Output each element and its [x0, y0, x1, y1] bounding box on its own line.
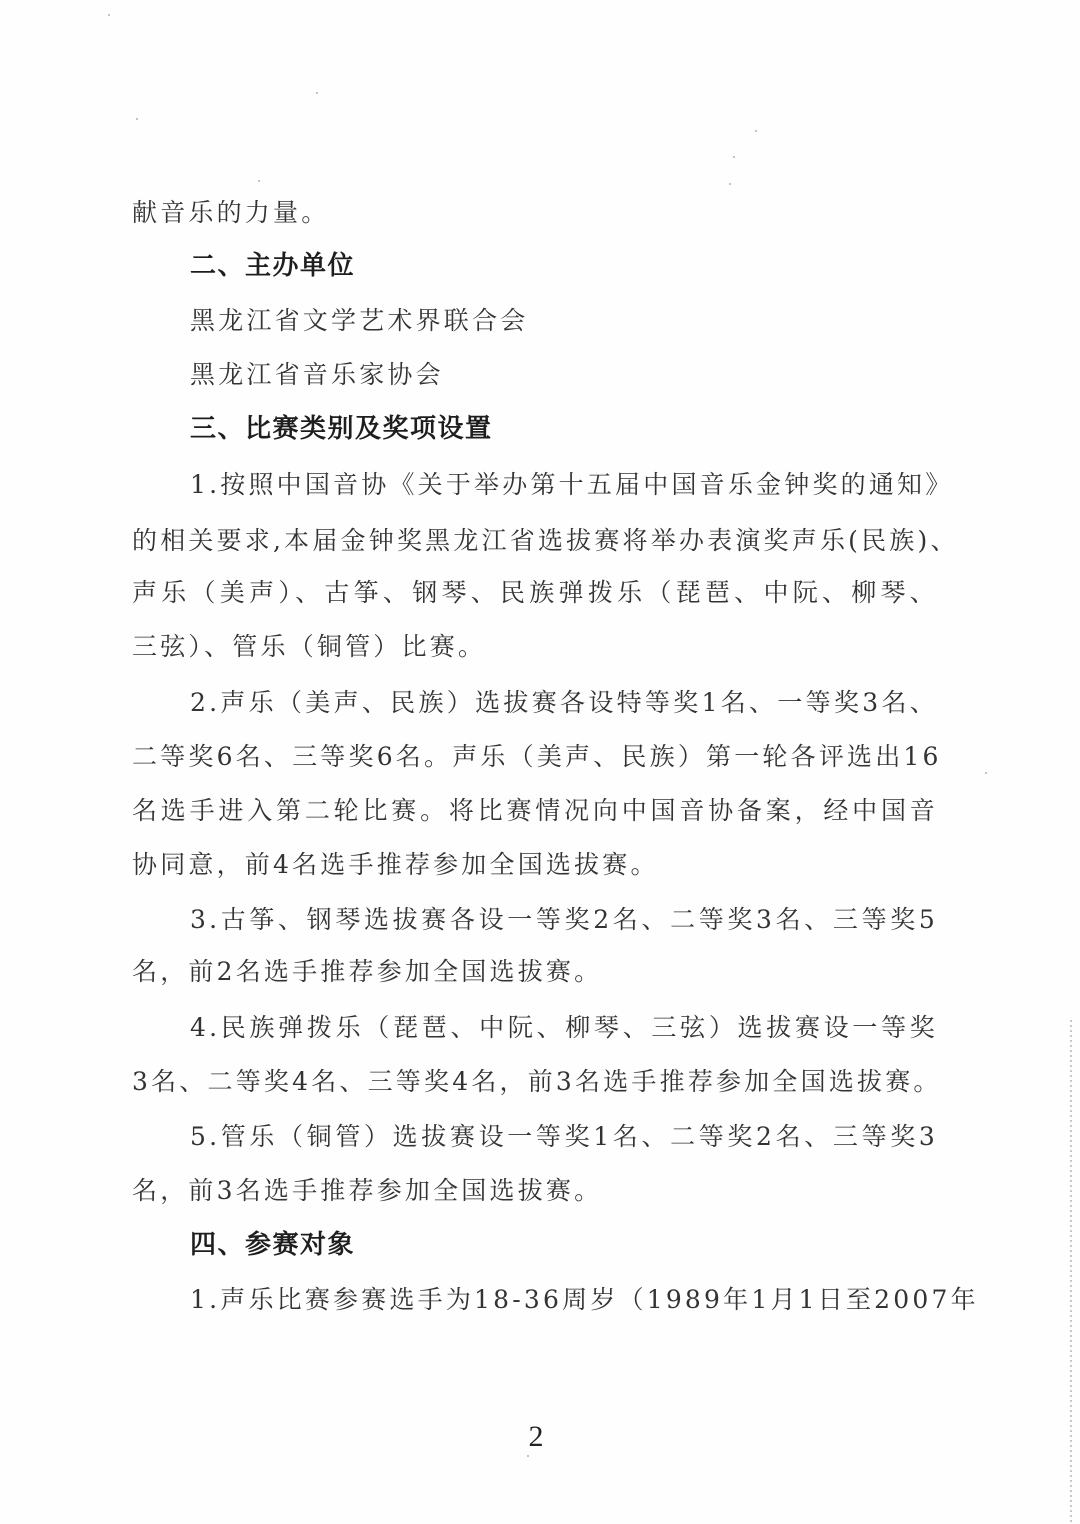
scan-speck	[729, 183, 731, 185]
organizer-line-1: 黑龙江省文学艺术界联合会	[190, 301, 938, 341]
scan-edge-artifact	[1070, 1020, 1072, 1524]
item-4-line-1: 4.民族弹拨乐（琵琶、中阮、柳琴、三弦）选拔赛设一等奖	[190, 1008, 938, 1048]
participants-item-1-line-1: 1.声乐比赛参赛选手为18-36周岁（1989年1月1日至2007年	[190, 1280, 938, 1320]
scan-speck	[755, 130, 757, 132]
scan-speck	[108, 14, 110, 16]
scan-speck	[136, 118, 138, 120]
item-3-line-1: 3.古筝、钢琴选拔赛各设一等奖2名、二等奖3名、三等奖5	[190, 900, 938, 940]
item-5-line-2: 名，前3名选手推荐参加全国选拔赛。	[132, 1171, 938, 1211]
item-1-line-3: 声乐（美声）、古筝、钢琴、民族弹拨乐（琵琶、中阮、柳琴、	[132, 573, 938, 613]
item-5-line-1: 5.管乐（铜管）选拔赛设一等奖1名、二等奖2名、三等奖3	[190, 1117, 938, 1157]
section-heading-organizers: 二、主办单位	[190, 246, 996, 286]
item-2-line-3: 名选手进入第二轮比赛。将比赛情况向中国音协备案，经中国音	[132, 791, 938, 831]
page-number: 2	[520, 1420, 552, 1454]
scan-speck	[985, 772, 987, 774]
item-2-line-1: 2.声乐（美声、民族）选拔赛各设特等奖1名、一等奖3名、	[190, 683, 938, 723]
paragraph-continuation: 献音乐的力量。	[132, 193, 938, 233]
item-2-line-4: 协同意，前4名选手推荐参加全国选拔赛。	[132, 845, 938, 885]
section-heading-categories-awards: 三、比赛类别及奖项设置	[190, 409, 996, 449]
item-4-line-2: 3名、二等奖4名、三等奖4名，前3名选手推荐参加全国选拔赛。	[132, 1062, 938, 1102]
section-heading-participants: 四、参赛对象	[190, 1225, 996, 1265]
scan-speck	[733, 156, 735, 158]
document-page: 献音乐的力量。 二、主办单位 黑龙江省文学艺术界联合会 黑龙江省音乐家协会 三、…	[0, 0, 1080, 1524]
scan-speck	[527, 1455, 529, 1457]
scan-speck	[258, 180, 260, 182]
item-3-line-2: 名，前2名选手推荐参加全国选拔赛。	[132, 952, 938, 992]
item-1-line-1: 1.按照中国音协《关于举办第十五届中国音乐金钟奖的通知》	[190, 465, 938, 505]
item-1-line-2: 的相关要求,本届金钟奖黑龙江省选拔赛将举办表演奖声乐(民族)、	[132, 521, 938, 561]
item-1-line-4: 三弦）、管乐（铜管）比赛。	[132, 627, 938, 667]
scan-speck	[316, 92, 318, 94]
organizer-line-2: 黑龙江省音乐家协会	[190, 355, 938, 395]
item-2-line-2: 二等奖6名、三等奖6名。声乐（美声、民族）第一轮各评选出16	[132, 737, 938, 777]
